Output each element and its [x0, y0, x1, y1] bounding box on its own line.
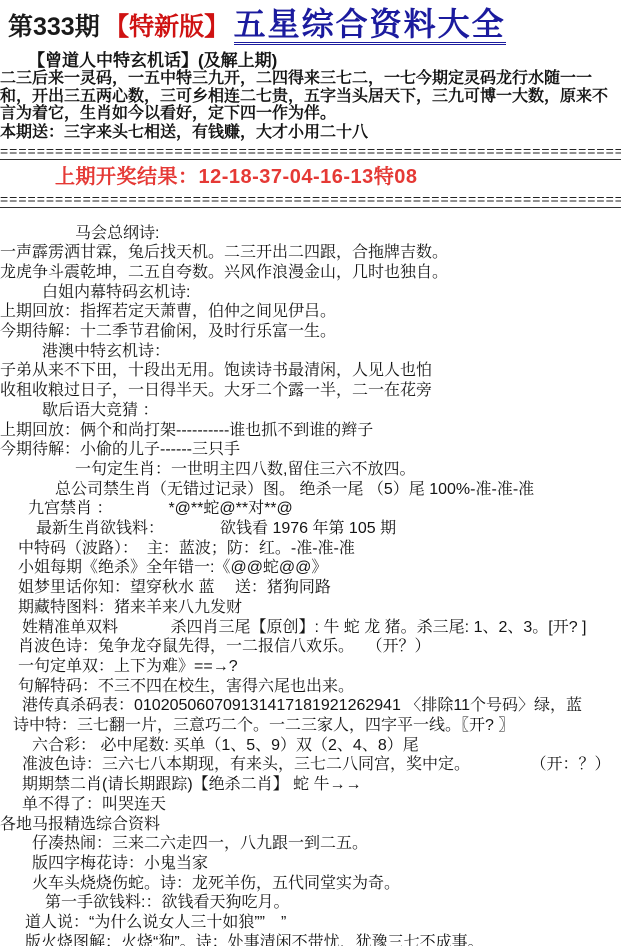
- text-line: 肖波色诗：兔争龙夺鼠先得，一二报信八欢乐。 （开？）: [18, 637, 621, 657]
- text-line: 最新生肖欲钱料： 欲钱看 1976 年第 105 期: [36, 519, 621, 539]
- text-line: 港传真杀码表：010205060709131417181921262941 〈排…: [22, 696, 621, 716]
- text-line: 火车头烧烧伤蛇。诗：龙死羊伤，五代同堂实为奇。: [32, 874, 621, 894]
- section-heading: 白姐内幕特码玄机诗:: [42, 283, 621, 303]
- text-line: 准波色诗：三六七八本期现，有来头，三七二八同宫，奖中定。 （开：？）: [22, 755, 621, 775]
- edition-tag: 【特新版】: [104, 13, 229, 41]
- text-line: 仔凑热闹：三来二六走四一，八九跟一到二五。: [32, 834, 621, 854]
- gift-line: 本期送：三字来头七相送，有钱赚，大才小用二十八: [0, 124, 621, 142]
- body-content: 马会总纲诗: 一声霹雳洒甘霖，兔后找天机。二三开出二四跟，合拖牌吉数。 龙虎争斗…: [0, 224, 621, 946]
- text-line: 小姐每期《绝杀》全年错一:《@@蛇@@》: [18, 558, 621, 578]
- lottery-info-sheet: 第333期 【特新版】 五星综合资料大全 【曾道人中特玄机话】(及解上期) 二三…: [0, 0, 621, 946]
- text-line: 姓精准单双料 杀四肖三尾【原创】: 牛 蛇 龙 猪。杀三尾: 1、2、3。[开?…: [22, 618, 621, 638]
- divider-top: ========================================…: [0, 146, 621, 160]
- text-line: 总公司禁生肖（无错过记录）图。 绝杀一尾 （5）尾 100%-准-准-准: [55, 480, 621, 500]
- section-heading: 马会总纲诗:: [75, 224, 621, 244]
- intro-poem: 二三后来一灵码，一五中特三九开，二四得来三七二，一七今期定灵码龙行水随一一和，开…: [0, 70, 621, 123]
- text-line: 版四字梅花诗：小鬼当家: [32, 854, 621, 874]
- text-line: 今期待解：十二季节君偷闲，及时行乐富一生。: [0, 322, 621, 342]
- text-line: 版火烧图解：火烧“狗”。诗：处事清闲不带忧，犹豫三七不成事。: [25, 933, 621, 946]
- issue-number: 第333期: [8, 13, 100, 41]
- divider-bottom: ========================================…: [0, 194, 621, 208]
- text-line: 句解特码：不三不四在校生，害得六尾也出来。: [18, 677, 621, 697]
- subheader: 【曾道人中特玄机话】(及解上期): [28, 51, 621, 70]
- text-line: 一句定生肖：一世明主四八数,留住三六不放四。: [75, 460, 621, 480]
- section-heading: 港澳中特玄机诗：: [42, 342, 621, 362]
- text-line: 期期禁二肖(请长期跟踪)【绝杀二肖】 蛇 牛→→: [22, 775, 621, 795]
- section-heading: 歇后语大竞猜 ：: [42, 401, 621, 421]
- text-line: 姐梦里话你知：望穿秋水 蓝 送：猪狗同路: [18, 578, 621, 598]
- text-line: 六合彩： 必中尾数: 买单（1、5、9）双（2、4、8）尾: [32, 736, 621, 756]
- page-title: 五星综合资料大全: [234, 6, 506, 45]
- text-line: 上期回放：指挥若定天萧曹，伯仲之间见伊吕。: [0, 302, 621, 322]
- text-line: 第一手欲钱料:：欲钱看天狗吃月。: [45, 893, 621, 913]
- text-line: 单不得了：叫哭连天: [22, 795, 621, 815]
- text-line: 今期待解：小偷的儿子------三只手: [0, 440, 621, 460]
- text-line: 收租收粮过日子，一日得半天。大牙二个露一半，二一在花旁: [0, 381, 621, 401]
- text-line: 中特码（波路）： 主：蓝波；防：红。-准-准-准: [18, 539, 621, 559]
- page-header: 第333期 【特新版】 五星综合资料大全: [0, 0, 621, 51]
- section-heading: 各地马报精选综合资料: [0, 815, 621, 835]
- text-line: 九宫禁肖 ： *@**蛇@**对**@: [28, 499, 621, 519]
- text-line: 子弟从来不下田，十段出无用。饱读诗书最清闲，人见人也怕: [0, 361, 621, 381]
- text-line: 诗中特：三七翻一片，三意巧二个。一二三家人，四字平一线。〖开? 〗: [13, 716, 621, 736]
- text-line: 道人说：“为什么说女人三十如狼”” ”: [25, 913, 621, 933]
- text-line: 上期回放：俩个和尚打架----------谁也抓不到谁的辫子: [0, 421, 621, 441]
- text-line: 期藏特图料：猪来羊来八九发财: [18, 598, 621, 618]
- text-line: 龙虎争斗震乾坤，二五自夸数。兴风作浪漫金山，几时也独自。: [0, 263, 621, 283]
- last-draw-result: 上期开奖结果：12-18-37-04-16-13特08: [55, 164, 621, 190]
- text-line: 一句定单双：上下为难》==→?: [18, 657, 621, 677]
- text-line: 一声霹雳洒甘霖，兔后找天机。二三开出二四跟，合拖牌吉数。: [0, 243, 621, 263]
